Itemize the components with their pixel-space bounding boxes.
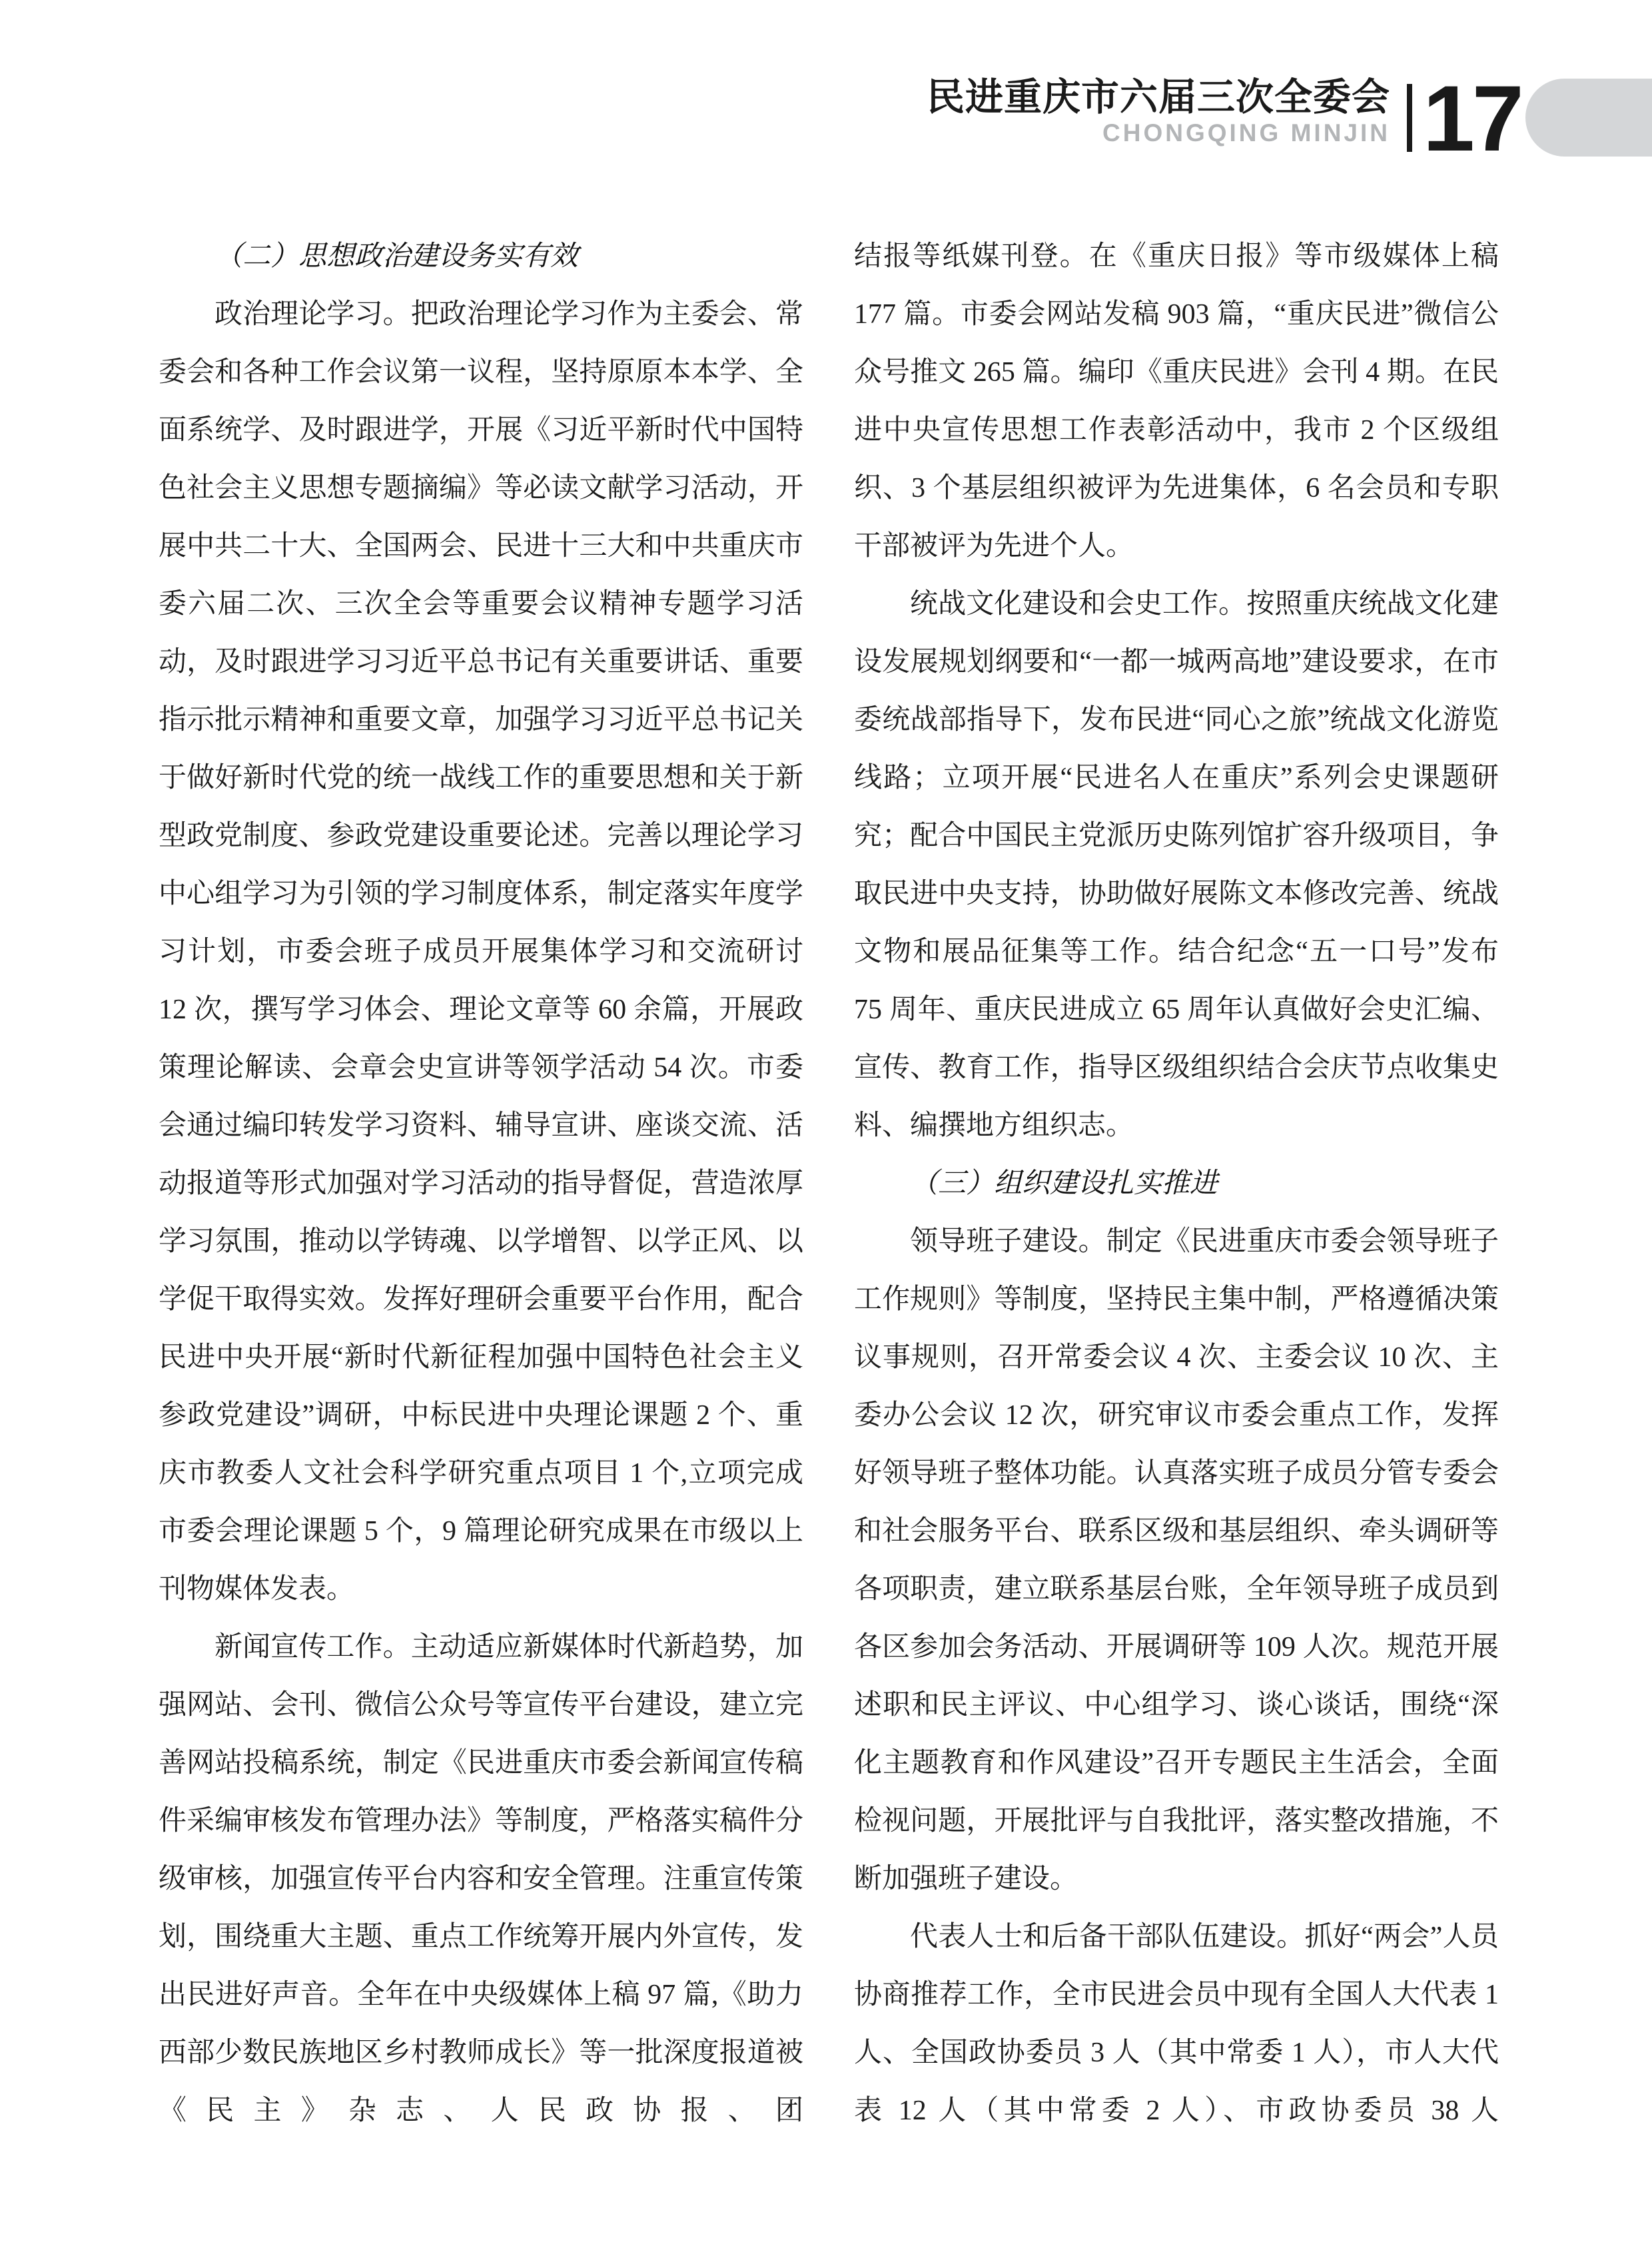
paragraph: 代表人士和后备干部队伍建设。抓好“两会”人员协商推荐工作，全市民进会员中现有全国…: [854, 1908, 1499, 2140]
corner-tab: [1525, 79, 1652, 157]
paragraph: 新闻宣传工作。主动适应新媒体时代新趋势，加强网站、会刊、微信公众号等宣传平台建设…: [159, 1619, 803, 2140]
page-title: 民进重庆市六届三次全委会: [927, 76, 1390, 119]
section-heading: （二）思想政治建设务实有效: [159, 228, 803, 286]
magazine-page: 民进重庆市六届三次全委会 CHONGQING MINJIN 17 （二）思想政治…: [0, 0, 1652, 2242]
section-heading: （三）组织建设扎实推进: [854, 1155, 1499, 1213]
paragraph: 统战文化建设和会史工作。按照重庆统战文化建设发展规划纲要和“一都一城两高地”建设…: [854, 575, 1499, 1155]
page-subtitle: CHONGQING MINJIN: [927, 119, 1390, 148]
paragraph: 政治理论学习。把政治理论学习作为主委会、常委会和各种工作会议第一议程，坚持原原本…: [159, 286, 803, 1619]
page-number: 17: [1423, 79, 1521, 159]
text-column-right: 结报等纸媒刊登。在《重庆日报》等市级媒体上稿 177 篇。市委会网站发稿 903…: [854, 228, 1499, 2140]
paragraph: 领导班子建设。制定《民进重庆市委会领导班子工作规则》等制度，坚持民主集中制，严格…: [854, 1213, 1499, 1908]
header-divider: [1407, 84, 1412, 152]
text-column-left: （二）思想政治建设务实有效政治理论学习。把政治理论学习作为主委会、常委会和各种工…: [159, 228, 803, 2140]
page-header: 民进重庆市六届三次全委会 CHONGQING MINJIN: [927, 76, 1390, 148]
paragraph: 结报等纸媒刊登。在《重庆日报》等市级媒体上稿 177 篇。市委会网站发稿 903…: [854, 228, 1499, 575]
